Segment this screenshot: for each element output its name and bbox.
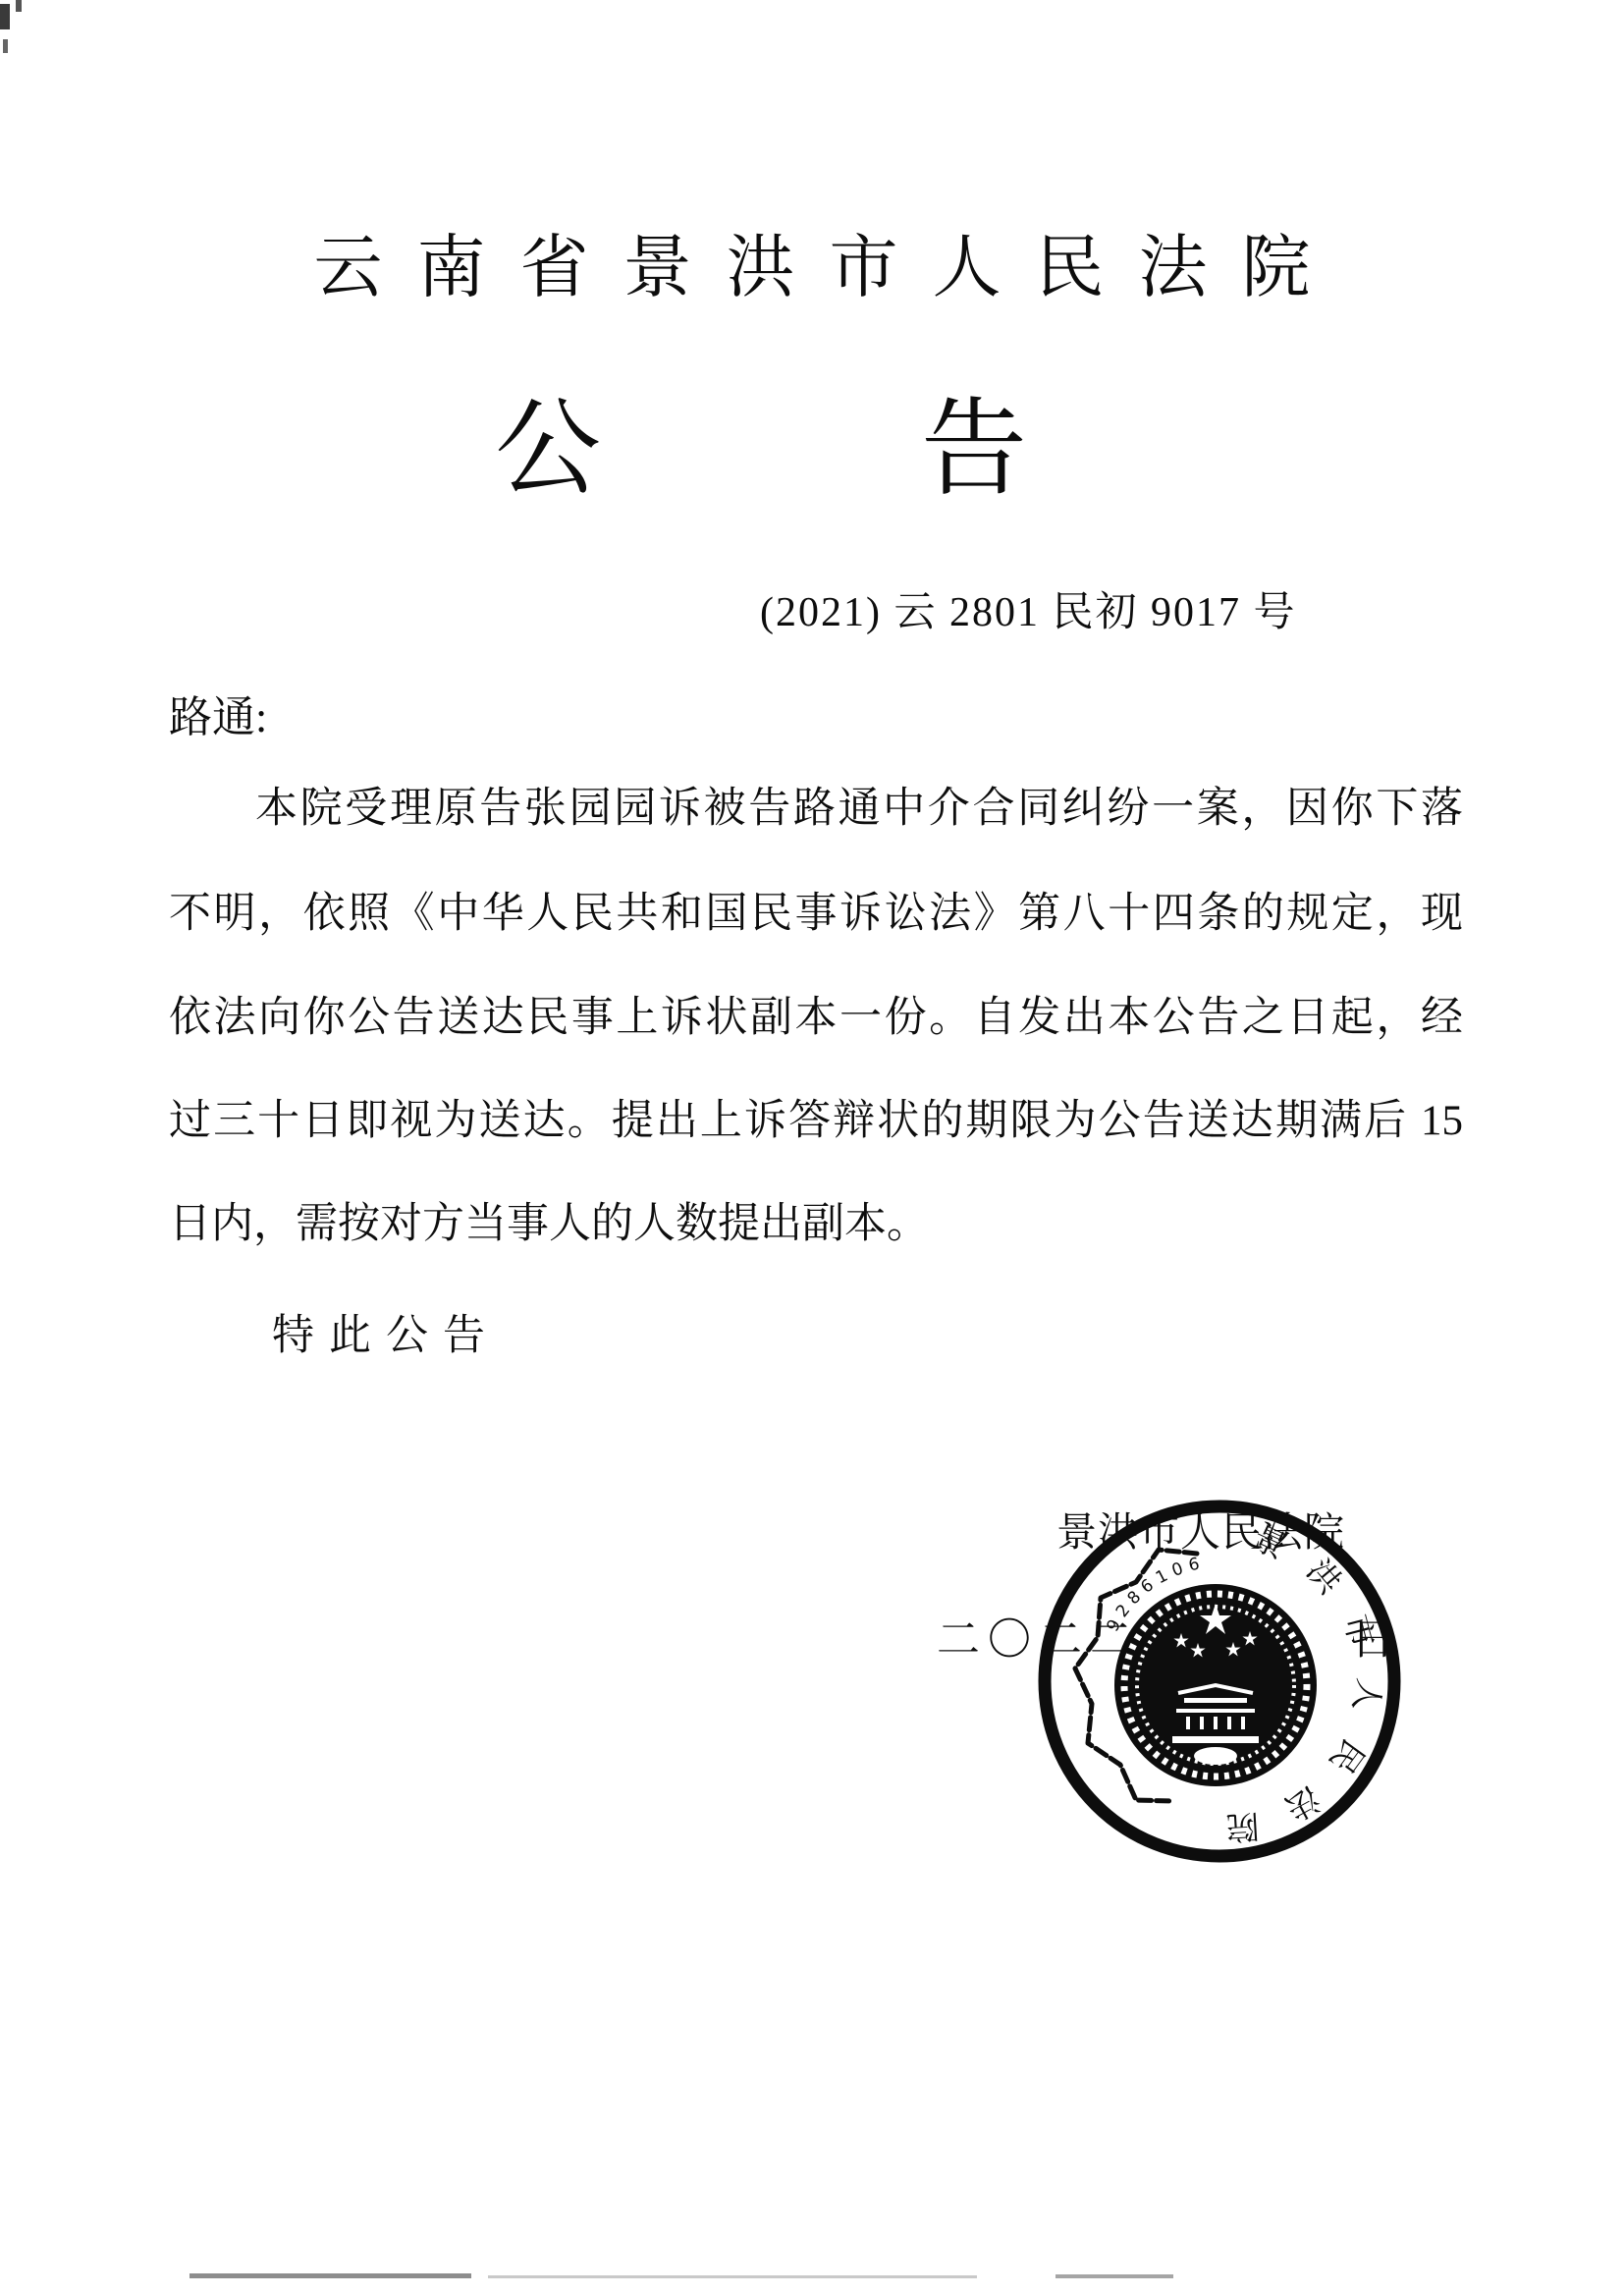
- signature-date-day-suffix: 日: [1351, 1604, 1394, 1667]
- case-number: (2021) 云 2801 民初 9017 号: [760, 579, 1296, 638]
- scan-artifact-bottom-line: [1056, 2274, 1173, 2278]
- seal-outer-ring: [1045, 1506, 1394, 1856]
- scan-artifact-bottom-line: [488, 2275, 977, 2278]
- seal-dai-script-squiggle: [1075, 1550, 1197, 1801]
- seal-small-star-3: [1225, 1642, 1240, 1657]
- signature-court-name: 景洪市人民法院: [1056, 1500, 1345, 1558]
- seal-small-star-4: [1242, 1631, 1257, 1646]
- scan-artifact-bottom-line: [189, 2273, 471, 2278]
- seal-small-star-2: [1190, 1643, 1205, 1658]
- salutation-recipient: 路通:: [169, 682, 267, 744]
- scan-artifact-top-left: [3, 39, 8, 53]
- body-line-1: 本院受理原告张园园诉被告路通中介合同纠纷一案，因你下落: [169, 785, 1463, 833]
- body-line-3: 依法向你公告送达民事上诉状副本一份。自发出本公告之日起，经: [169, 994, 1463, 1042]
- seal-gate-roof: [1178, 1685, 1253, 1693]
- page-title-court-name: 云南省景洪市人民法院: [0, 212, 1624, 311]
- doc-title-char-gong: 公: [495, 363, 601, 516]
- seal-ring-text: 景洪市人民法院: [1198, 1521, 1386, 1847]
- seal-big-star: [1200, 1604, 1231, 1634]
- signature-date-year: 二〇二二年: [937, 1604, 1192, 1667]
- scan-artifact-top-left: [16, 0, 22, 12]
- body-line-2: 不明，依照《中华人民共和国民事诉讼法》第八十四条的规定，现: [169, 890, 1463, 938]
- body-line-5: 日内，需按对方当事人的人数提出副本。: [169, 1200, 1463, 1248]
- scanned-court-notice-page: 云南省景洪市人民法院 公 告 (2021) 云 2801 民初 9017 号 路…: [0, 0, 1624, 2296]
- scan-artifact-top-left: [0, 4, 10, 29]
- body-line-4: 过三十日即视为送达。提出上诉答辩状的期限为公告送达期满后 15: [169, 1097, 1463, 1145]
- doc-title-char-gao: 告: [921, 363, 1027, 516]
- closing-phrase: 特此公告: [272, 1302, 500, 1362]
